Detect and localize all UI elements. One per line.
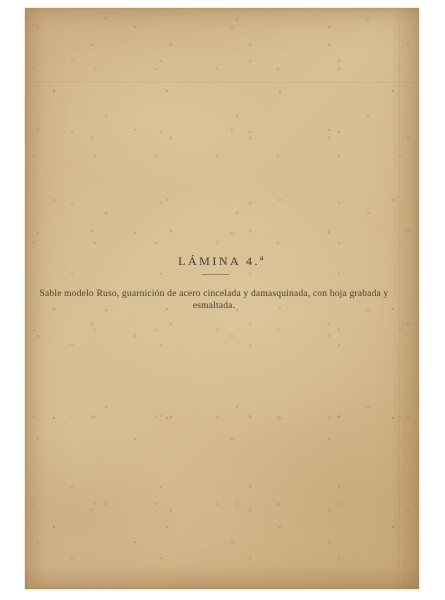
- horizontal-crease: [25, 82, 419, 84]
- title-underline-rule: [202, 274, 229, 275]
- paper-page: LÁMINA 4.ª Sable modelo Ruso, guarnición…: [25, 8, 419, 589]
- scan-backdrop: LÁMINA 4.ª Sable modelo Ruso, guarnición…: [0, 0, 445, 600]
- plate-caption: Sable modelo Ruso, guarnición de acero c…: [25, 288, 403, 312]
- plate-title: LÁMINA 4.ª: [25, 255, 419, 268]
